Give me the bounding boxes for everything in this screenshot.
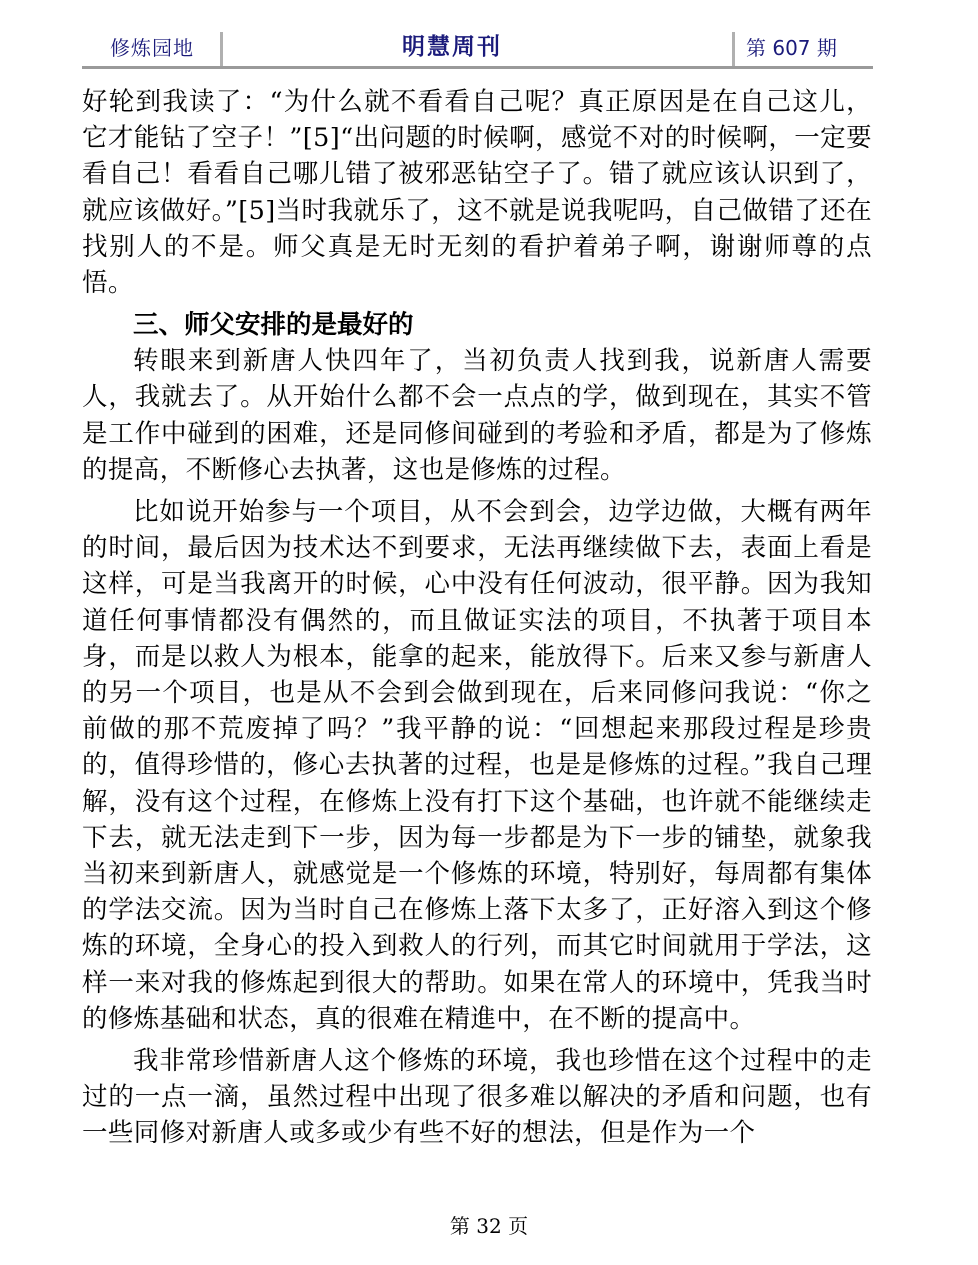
header-divider-right [732, 32, 735, 68]
page-number: 第 32 页 [0, 1210, 978, 1239]
paragraph-4: 我非常珍惜新唐人这个修炼的环境，我也珍惜在这个过程中的走过的一点一滴，虽然过程中… [82, 1043, 872, 1152]
header-divider-left [220, 32, 223, 68]
journal-title: 明慧周刊 [402, 28, 502, 61]
page-header: 修炼园地 明慧周刊 第 607 期 [82, 28, 872, 66]
header-rule [82, 66, 873, 69]
issue-number: 第 607 期 [746, 32, 837, 61]
paragraph-1: 好轮到我读了：“为什么就不看看自己呢？真正原因是在自己这儿，它才能钻了空子！”[… [82, 84, 872, 301]
paragraph-2: 转眼来到新唐人快四年了，当初负责人找到我，说新唐人需要人，我就去了。从开始什么都… [82, 343, 872, 488]
section-label: 修炼园地 [110, 32, 194, 61]
article-body: 好轮到我读了：“为什么就不看看自己呢？真正原因是在自己这儿，它才能钻了空子！”[… [82, 84, 872, 1152]
section-heading: 三、师父安排的是最好的 [82, 307, 872, 343]
paragraph-3: 比如说开始参与一个项目，从不会到会，边学边做，大概有两年的时间，最后因为技术达不… [82, 494, 872, 1037]
